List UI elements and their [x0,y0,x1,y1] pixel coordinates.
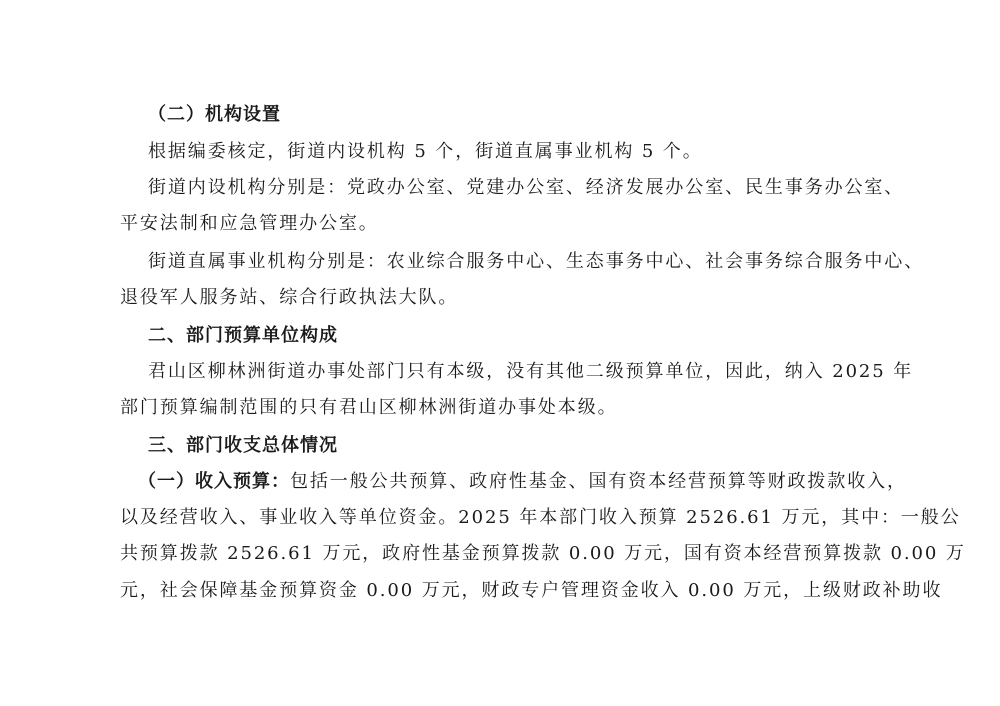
paragraph-line: 街道内设机构分别是：党政办公室、党建办公室、经济发展办公室、民生事务办公室、 [148,176,878,200]
paragraph-line: 元，社会保障基金预算资金 0.00 万元，财政专户管理资金收入 0.00 万元，… [120,579,878,603]
document-page: （二）机构设置 根据编委核定，街道内设机构 5 个，街道直属事业机构 5 个。 … [0,0,1000,706]
paragraph-line: 君山区柳林洲街道办事处部门只有本级，没有其他二级预算单位，因此，纳入 2025 … [148,360,878,384]
paragraph-line: 以及经营收入、事业收入等单位资金。2025 年本部门收入预算 2526.61 万… [120,506,878,530]
paragraph-line: 退役军人服务站、综合行政执法大队。 [120,286,878,310]
paragraph-line: 部门预算编制范围的只有君山区柳林洲街道办事处本级。 [120,396,878,420]
paragraph-line: 共预算拨款 2526.61 万元，政府性基金预算拨款 0.00 万元，国有资本经… [120,542,878,566]
paragraph-line: 平安法制和应急管理办公室。 [120,212,878,236]
paragraph-line: （一）收入预算：包括一般公共预算、政府性基金、国有资本经营预算等财政拨款收入， [138,470,878,494]
label-revenue-budget: （一）收入预算： [138,471,290,492]
paragraph-text: 包括一般公共预算、政府性基金、国有资本经营预算等财政拨款收入， [290,471,907,492]
paragraph-line: 根据编委核定，街道内设机构 5 个，街道直属事业机构 5 个。 [148,140,878,164]
heading-overall-revenue-expenditure: 三、部门收支总体情况 [148,434,878,458]
heading-institution-setup: （二）机构设置 [148,103,878,127]
paragraph-line: 街道直属事业机构分别是：农业综合服务中心、生态事务中心、社会事务综合服务中心、 [148,250,878,274]
heading-budget-units: 二、部门预算单位构成 [148,324,878,348]
